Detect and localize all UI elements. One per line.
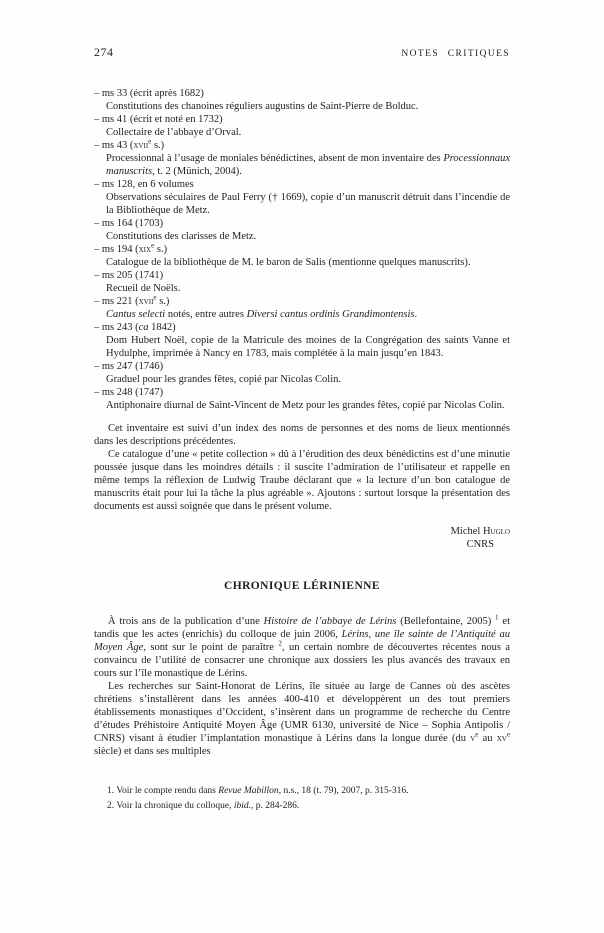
manuscript-description: Catalogue de la bibliothèque de M. le ba… [106,256,510,269]
paragraph-catalogue: Ce catalogue d’une « petite collection »… [94,448,510,513]
manuscript-item: – ms 43 (xviie s.) Processionnal à l’usa… [94,139,510,178]
manuscript-label: – ms 41 (écrit et noté en 1732) [94,113,510,126]
signature-block: Michel Huglo CNRS [94,525,510,551]
journal-page: 274 NOTES CRITIQUES – ms 33 (écrit après… [0,0,604,933]
manuscript-item: – ms 164 (1703) Constitutions des claris… [94,217,510,243]
manuscript-item: – ms 128, en 6 volumes Observations sécu… [94,178,510,217]
manuscript-description: Processionnal à l’usage de moniales béné… [106,152,510,178]
manuscript-label: – ms 33 (écrit après 1682) [94,87,510,100]
manuscript-description: Constitutions des clarisses de Metz. [106,230,510,243]
manuscript-label: – ms 247 (1746) [94,360,510,373]
section-heading: CHRONIQUE LÉRINIENNE [94,579,510,593]
manuscript-label: – ms 43 (xviie s.) [94,139,510,152]
manuscript-item: – ms 205 (1741) Recueil de Noëls. [94,269,510,295]
footnote-2: 2. Voir la chronique du colloque, ibid.,… [107,799,510,814]
manuscript-item: – ms 248 (1747) Antiphonaire diurnal de … [94,386,510,412]
manuscript-label: – ms 221 (xviie s.) [94,295,510,308]
manuscript-item: – ms 41 (écrit et noté en 1732) Collecta… [94,113,510,139]
manuscript-label: – ms 248 (1747) [94,386,510,399]
manuscript-description: Dom Hubert Noël, copie de la Matricule d… [106,334,510,360]
footnote-1: 1. Voir le compte rendu dans Revue Mabil… [107,784,510,799]
chronicle-paragraph-2: Les recherches sur Saint-Honorat de Léri… [94,680,510,758]
manuscript-list: – ms 33 (écrit après 1682) Constitutions… [94,87,510,412]
manuscript-label: – ms 205 (1741) [94,269,510,282]
running-head: NOTES CRITIQUES [401,48,510,61]
signature-org: CNRS [451,538,510,551]
manuscript-label: – ms 194 (xixe s.) [94,243,510,256]
manuscript-label: – ms 164 (1703) [94,217,510,230]
manuscript-item: – ms 33 (écrit après 1682) Constitutions… [94,87,510,113]
manuscript-description: Cantus selecti notés, entre autres Diver… [106,308,510,321]
paragraph-inventaire: Cet inventaire est suivi d’un index des … [94,422,510,448]
page-number: 274 [94,46,114,59]
manuscript-label: – ms 128, en 6 volumes [94,178,510,191]
manuscript-item: – ms 221 (xviie s.) Cantus selecti notés… [94,295,510,321]
manuscript-description: Recueil de Noëls. [106,282,510,295]
manuscript-description: Antiphonaire diurnal de Saint-Vincent de… [106,399,510,412]
manuscript-description: Collectaire de l’abbaye d’Orval. [106,126,510,139]
manuscript-description: Graduel pour les grandes fêtes, copié pa… [106,373,510,386]
closing-section: Cet inventaire est suivi d’un index des … [94,422,510,513]
chronicle-paragraph-1: À trois ans de la publication d’une Hist… [94,615,510,680]
manuscript-description: Observations séculaires de Paul Ferry (†… [106,191,510,217]
running-header: 274 NOTES CRITIQUES [94,46,510,61]
manuscript-label: – ms 243 (ca 1842) [94,321,510,334]
manuscript-description: Constitutions des chanoines réguliers au… [106,100,510,113]
footnotes: 1. Voir le compte rendu dans Revue Mabil… [94,784,510,813]
manuscript-item: – ms 247 (1746) Graduel pour les grandes… [94,360,510,386]
signature-name: Michel Huglo [451,525,510,538]
manuscript-item: – ms 194 (xixe s.) Catalogue de la bibli… [94,243,510,269]
manuscript-item: – ms 243 (ca 1842) Dom Hubert Noël, copi… [94,321,510,360]
